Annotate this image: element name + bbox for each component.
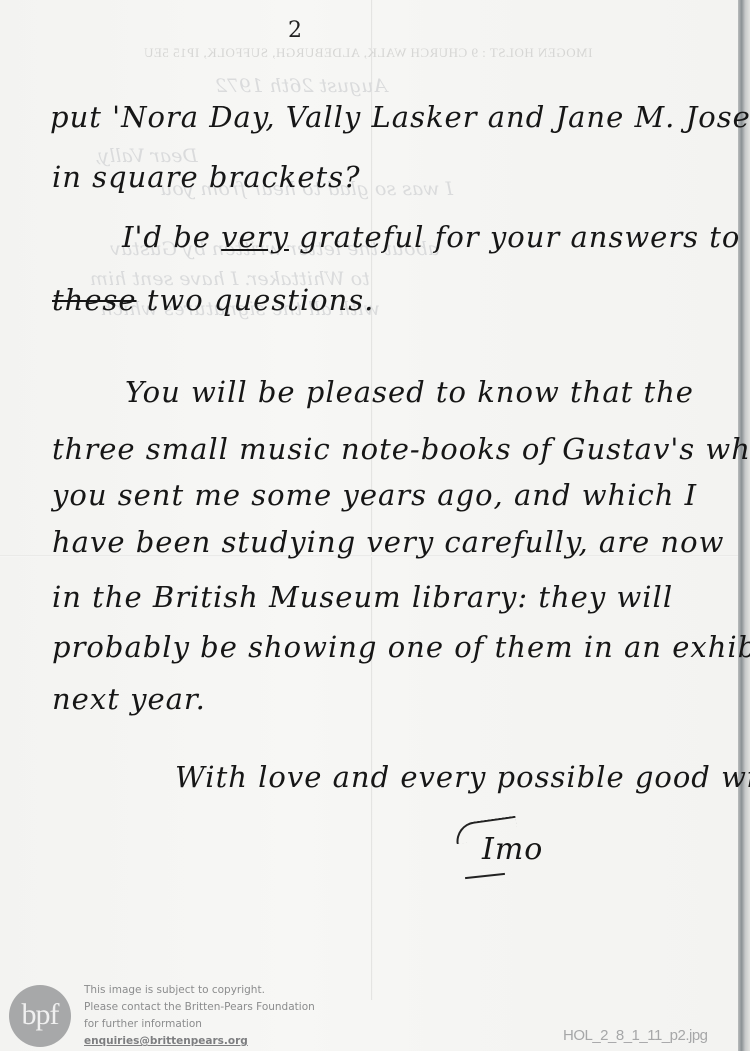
bleed-through-line: August 26th 1972 — [215, 75, 387, 97]
letter-closing: With love and every possible good wish, — [175, 760, 750, 794]
bpf-logo: bpf — [9, 985, 71, 1047]
letter-line: put 'Nora Day, Vally Lasker and Jane M. … — [50, 100, 750, 134]
image-filename: HOL_2_8_1_11_p2.jpg — [563, 1027, 708, 1044]
letter-line: You will be pleased to know that the — [125, 375, 694, 409]
signature: Imo — [482, 832, 543, 867]
notice-line: for further information — [84, 1016, 315, 1033]
page-number: 2 — [288, 18, 302, 43]
letter-line: probably be showing one of them in an ex… — [52, 630, 750, 664]
contact-email-link[interactable]: enquiries@brittenpears.org — [84, 1033, 315, 1050]
letter-line: these two questions. — [52, 283, 374, 317]
letter-line: in square brackets? — [52, 160, 361, 194]
letter-line: three small music note-books of Gustav's… — [52, 432, 750, 466]
emphasis-word: very — [221, 220, 289, 254]
letter-line: I'd be very grateful for your answers to — [122, 220, 740, 254]
notice-line: This image is subject to copyright. — [84, 982, 315, 999]
struck-word: these — [52, 283, 137, 317]
paper-edge-shadow — [738, 0, 750, 1051]
copyright-notice: This image is subject to copyright. Plea… — [84, 982, 315, 1050]
letterhead-bleed-through: IMOGEN HOLST : 9 CHURCH WALK, ALDEBURGH,… — [88, 45, 648, 61]
letter-line: you sent me some years ago, and which I — [52, 478, 697, 512]
notice-line: Please contact the Britten-Pears Foundat… — [84, 999, 315, 1016]
letter-line: in the British Museum library: they will — [52, 580, 673, 614]
letter-line: next year. — [52, 682, 206, 716]
letter-line: have been studying very carefully, are n… — [52, 525, 724, 559]
